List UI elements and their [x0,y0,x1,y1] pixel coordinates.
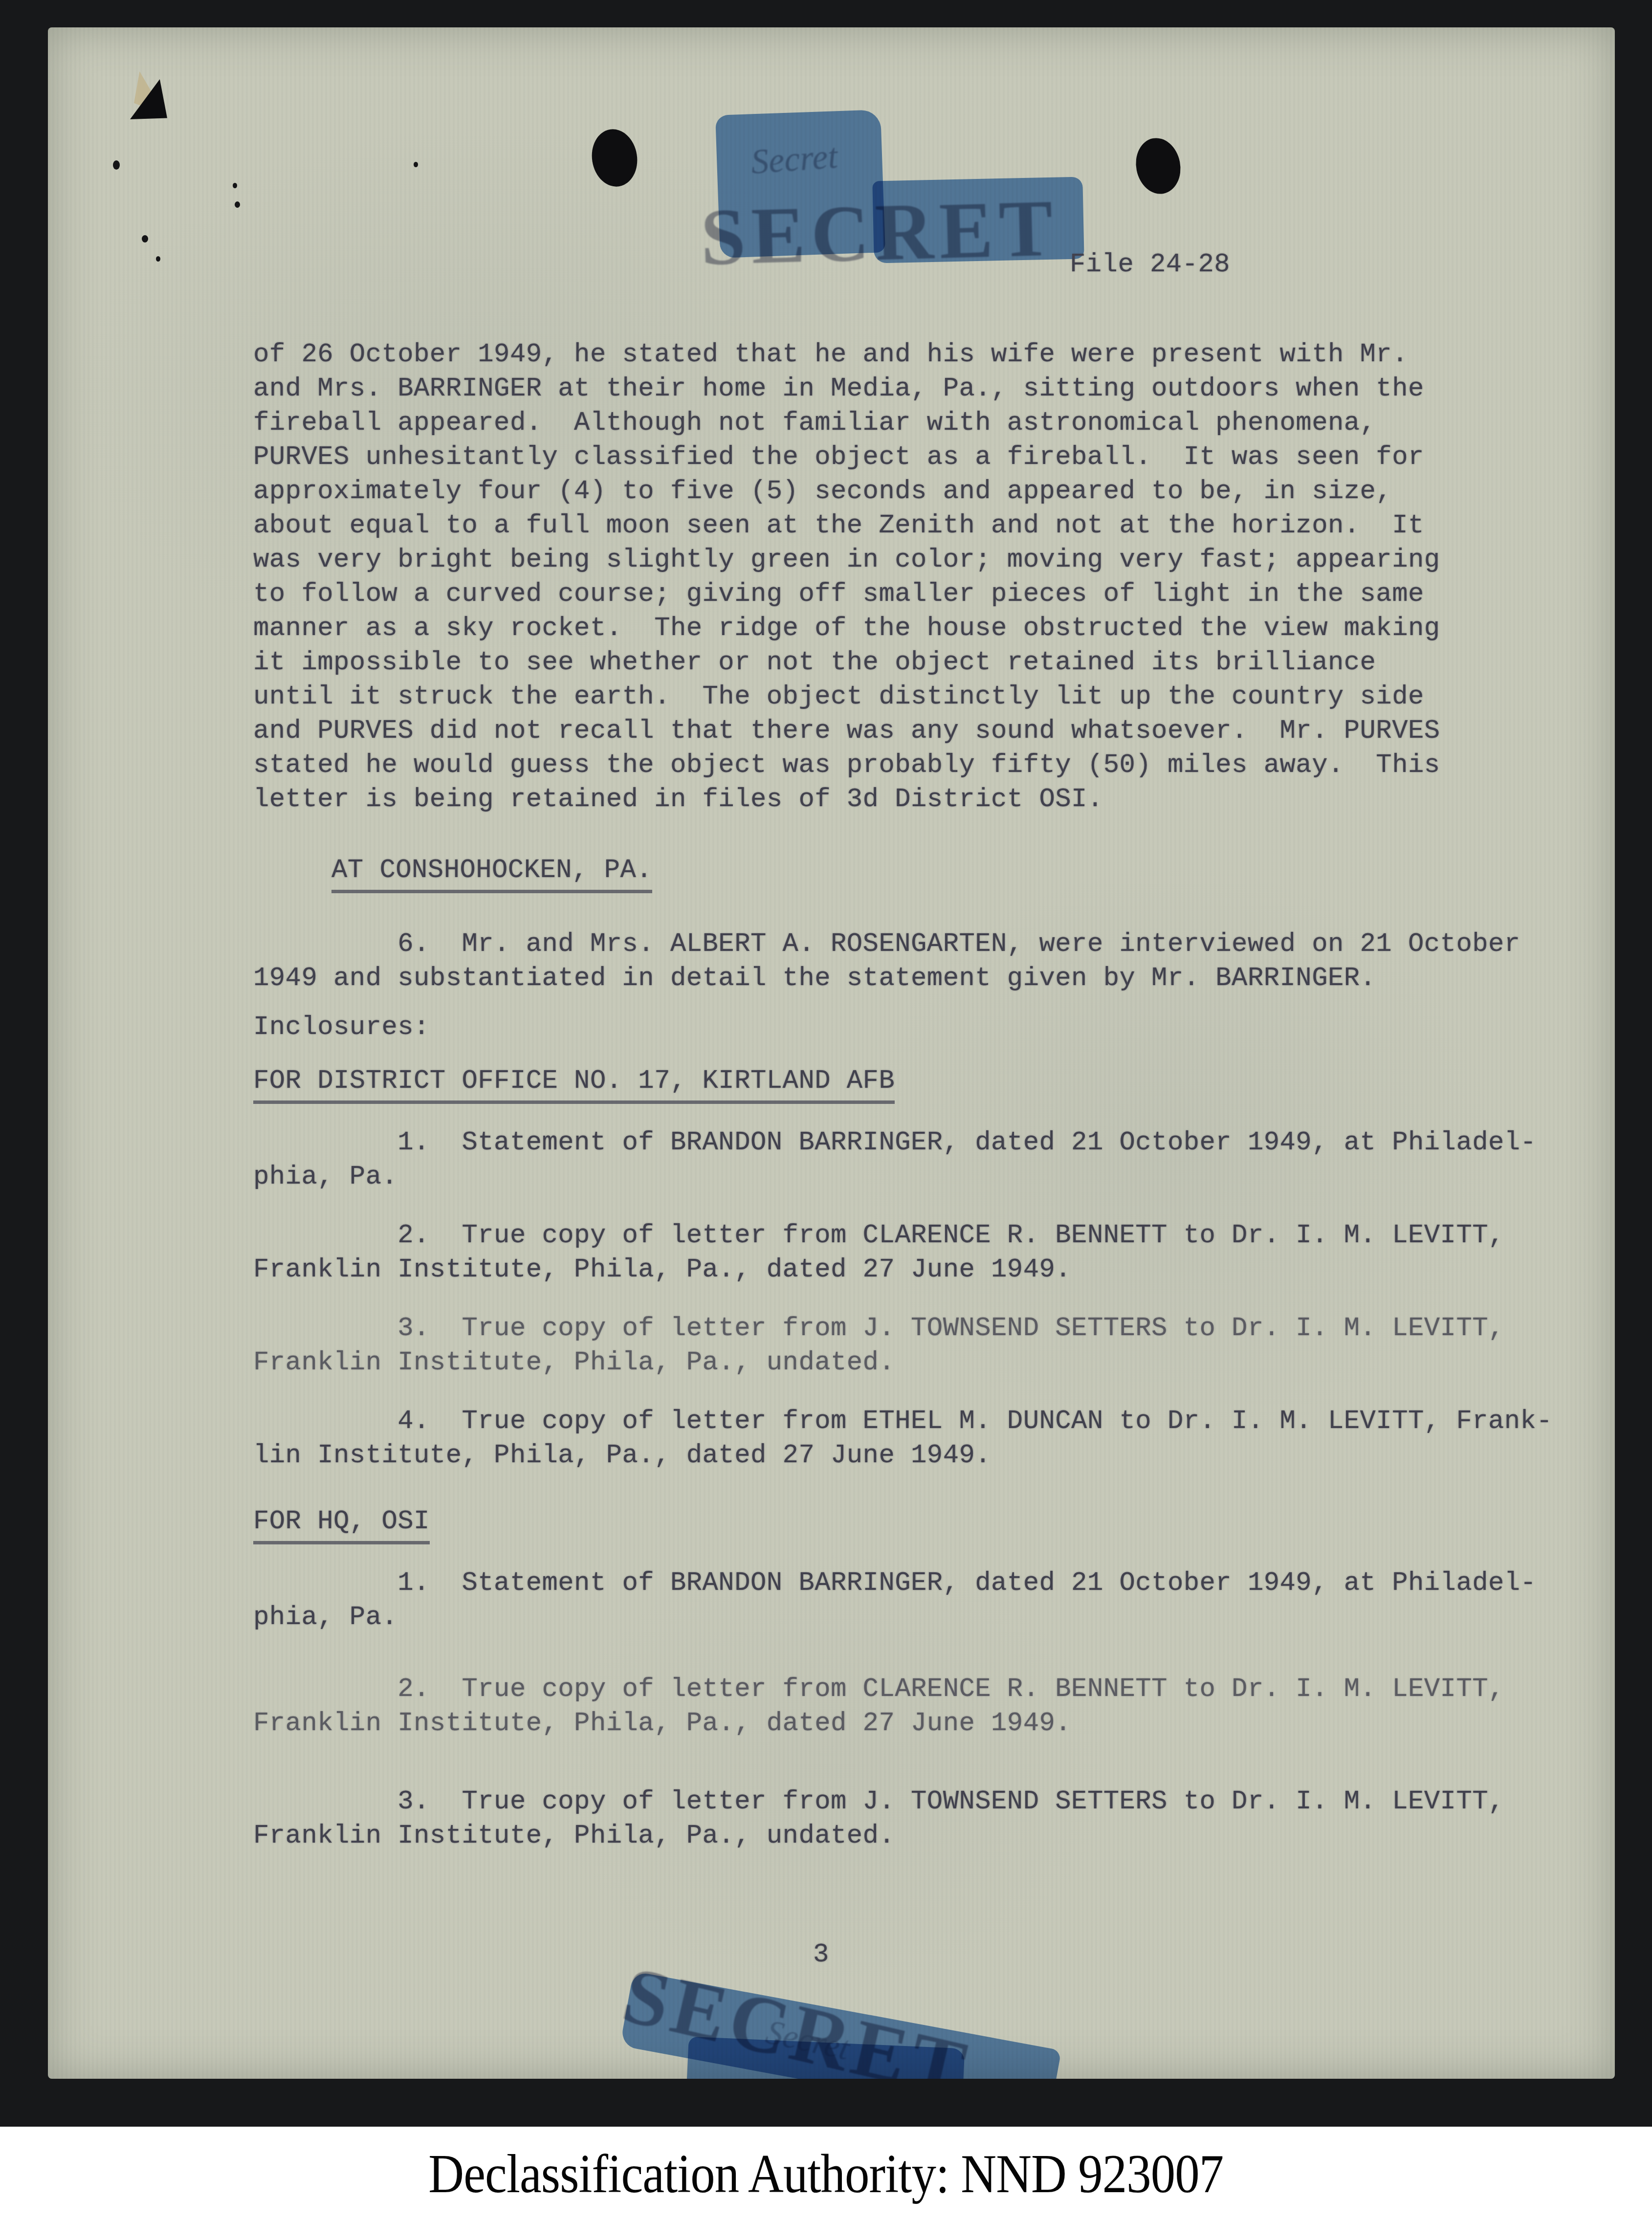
paper-speck [414,162,418,167]
paper-speck [233,183,237,188]
heading-conshohocken-row: AT CONSHOHOCKEN, PA. [253,854,1615,893]
paper-speck [235,201,240,208]
paragraph-rosengarten: 6. Mr. and Mrs. ALBERT A. ROSENGARTEN, w… [253,927,1615,996]
district-enclosure-item: 2. True copy of letter from CLARENCE R. … [253,1219,1615,1287]
declassification-authority-text: Declassification Authority: NND 923007 [429,2143,1224,2206]
district-enclosure-item: 1. Statement of BRANDON BARRINGER, dated… [253,1126,1615,1194]
secret-stamp-top: Secret SECRET [693,110,1114,316]
paper-speck [113,160,120,170]
declassification-footer: Declassification Authority: NND 923007 [0,2127,1652,2222]
heading-hq-osi: FOR HQ, OSI [253,1505,430,1544]
hole-punch-left [588,126,641,190]
blue-marker-stroke [715,110,885,258]
secret-stamp-bottom: SECRET Secret [625,1939,1123,2079]
document-body: of 26 October 1949, he stated that he an… [253,338,1615,1972]
hq-enclosure-item: 1. Statement of BRANDON BARRINGER, dated… [253,1566,1615,1635]
hole-punch-right [1131,134,1185,198]
heading-hq-osi-row: FOR HQ, OSI [253,1505,1615,1544]
inclosures-label: Inclosures: [253,1011,1615,1045]
scanned-document-page: Secret SECRET File 24-28 of 26 October 1… [0,0,1652,2222]
paper-speck [142,235,148,242]
scan-background: Secret SECRET File 24-28 of 26 October 1… [0,0,1652,2127]
district-enclosure-item: 3. True copy of letter from J. TOWNSEND … [253,1312,1615,1380]
hq-enclosure-item: 2. True copy of letter from CLARENCE R. … [253,1672,1615,1741]
document-paper: Secret SECRET File 24-28 of 26 October 1… [48,27,1615,2079]
district-enclosure-item: 4. True copy of letter from ETHEL M. DUN… [253,1405,1615,1473]
hq-enclosure-item: 3. True copy of letter from J. TOWNSEND … [253,1785,1615,1853]
paragraph-purves-account: of 26 October 1949, he stated that he an… [253,338,1615,817]
file-reference: File 24-28 [1070,250,1230,280]
heading-district-office: FOR DISTRICT OFFICE NO. 17, KIRTLAND AFB [253,1064,895,1104]
paper-speck [156,256,160,262]
heading-conshohocken: AT CONSHOHOCKEN, PA. [331,854,652,893]
blue-marker-stroke [872,177,1084,264]
heading-district-office-row: FOR DISTRICT OFFICE NO. 17, KIRTLAND AFB [253,1064,1615,1104]
